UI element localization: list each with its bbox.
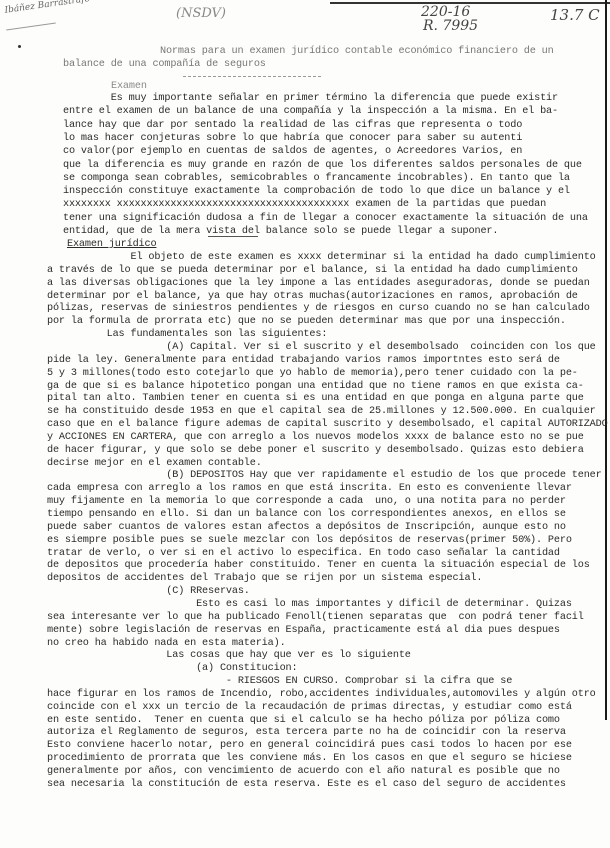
body-line: coincide con el xxx un tercio de la reca…	[47, 701, 572, 714]
body-line: (B) DEPOSITOS Hay que ver rapidamente el…	[47, 469, 602, 482]
body-line: ga de que si es balance hipotetico ponga…	[47, 380, 584, 393]
body-line: cada empresa con arreglo a los ramos en …	[47, 482, 572, 495]
handwritten-page-ref: 13.7 C	[550, 6, 600, 24]
body-line: procedimiento de prorrata que les convie…	[47, 752, 572, 765]
intro-line: que la diferencia es muy grande en razón…	[63, 159, 582, 172]
body-line: hace figurar en los ramos de Incendio, r…	[47, 688, 596, 701]
body-line: generalmente por años, con vencimiento d…	[47, 765, 560, 778]
body-line: caso que en el balance figure ademas de …	[47, 418, 608, 431]
body-line: es siempre posible pues se suele mezclar…	[47, 534, 572, 547]
handwritten-signature: Ibáñez Barrastrafo	[4, 0, 91, 16]
body-line: se ha constituido desde 1953 en que el c…	[47, 405, 596, 418]
body-line: muy fijamente en la memoria lo que corre…	[47, 495, 566, 508]
page-edge-line	[605, 0, 607, 720]
ink-dot	[18, 45, 21, 48]
title-line: Normas para un examen jurídico contable …	[160, 45, 554, 58]
body-line: - RIESGOS EN CURSO. Comprobar si la cifr…	[47, 675, 512, 688]
section-heading: Examen jurídico	[67, 238, 156, 251]
title-line: balance de una compañía de seguros	[63, 58, 266, 71]
body-line: a través de lo que se pueda determinar p…	[47, 264, 578, 277]
body-line: (a) Constitucion:	[47, 662, 297, 675]
intro-line: entre el examen de un balance de una com…	[63, 105, 558, 118]
body-line: de hacer figurar, y que solo se debe pon…	[47, 444, 584, 457]
body-line: Las fundamentales son las siguientes:	[47, 328, 327, 341]
body-line: no creo ha habido nada en esta materia).	[47, 637, 286, 650]
body-line: (C) RReservas.	[47, 585, 250, 598]
body-line: 5 y 3 millones(todo esto cotejarlo que y…	[47, 367, 578, 380]
body-line: Esto conviene hacerlo notar, pero en gen…	[47, 739, 572, 752]
intro-line: xxxxxxxx xxxxxxxxxxxxxxxxxxxxxxxxxxxxxxx…	[63, 198, 546, 211]
body-line: tiempo pensando en ello. Si dan un balan…	[47, 508, 566, 521]
body-line: autoriza el Reglamento de seguros, esta …	[47, 726, 566, 739]
title-divider	[183, 76, 321, 78]
body-line: de depositos que procedería haber consti…	[47, 559, 590, 572]
body-line: pide la ley. Generalmente para entidad t…	[47, 354, 560, 367]
intro-line: tener una significación dudosa a fin de …	[63, 212, 588, 225]
intro-line: Es muy importante señalar en primer térm…	[63, 92, 558, 105]
signature-underline	[6, 23, 56, 31]
handwritten-code-line2: R. 7995	[423, 18, 478, 34]
body-line: puede saber cuantos de valores estan afe…	[47, 521, 566, 534]
body-line: pital tan alto. Tambien tener en cuenta …	[47, 392, 584, 405]
body-line: El objeto de este examen es xxxx determi…	[47, 251, 596, 264]
intro-line: lo mas hacer conjeturas sobre lo que hab…	[63, 132, 522, 145]
intro-line: lance hay que dar por sentado la realida…	[63, 119, 522, 132]
body-line: por la formula de prorrata etc) que no s…	[47, 315, 566, 328]
body-line: en este sentido. Tener en cuenta que si …	[47, 714, 560, 727]
body-line: determinar por el balance, ya que hay ot…	[47, 290, 578, 303]
document-page: Ibáñez Barrastrafo (NSDV) 220-16 R. 7995…	[0, 0, 610, 848]
handwritten-bracket-note: (NSDV)	[176, 6, 226, 21]
body-line: a las diversas obligaciones que la ley i…	[47, 277, 590, 290]
intro-line: inspección constituye exactamente la com…	[63, 185, 570, 198]
section-divider	[208, 236, 258, 238]
intro-line: entidad, que de la mera vista del balanc…	[63, 225, 498, 238]
body-line: tratar de verlo, o ver si en el activo l…	[47, 547, 560, 560]
body-line: sea necesaria la constitución de esta re…	[47, 778, 566, 791]
body-line: y ACCIONES EN CARTERA, que con arreglo a…	[47, 431, 584, 444]
intro-line: se componga sean cobrables, semicobrable…	[63, 172, 570, 185]
body-line: mente) sobre legislación de reservas en …	[47, 624, 560, 637]
body-line: decirse mejor en el examen contable.	[47, 457, 262, 470]
body-line: pólizas, reservas de siniestros pendient…	[47, 302, 590, 315]
body-line: (A) Capital. Ver si el suscrito y el des…	[47, 341, 596, 354]
body-line: depositos de accidentes del Trabajo que …	[47, 572, 482, 585]
intro-line: co valor(por ejemplo en cuentas de saldo…	[63, 145, 522, 158]
body-line: Las cosas que hay que ver es lo siguient…	[47, 649, 411, 662]
body-line: sea interesante ver lo que ha publicado …	[47, 611, 584, 624]
body-line: Esto es casi lo mas importantes y difici…	[47, 598, 572, 611]
